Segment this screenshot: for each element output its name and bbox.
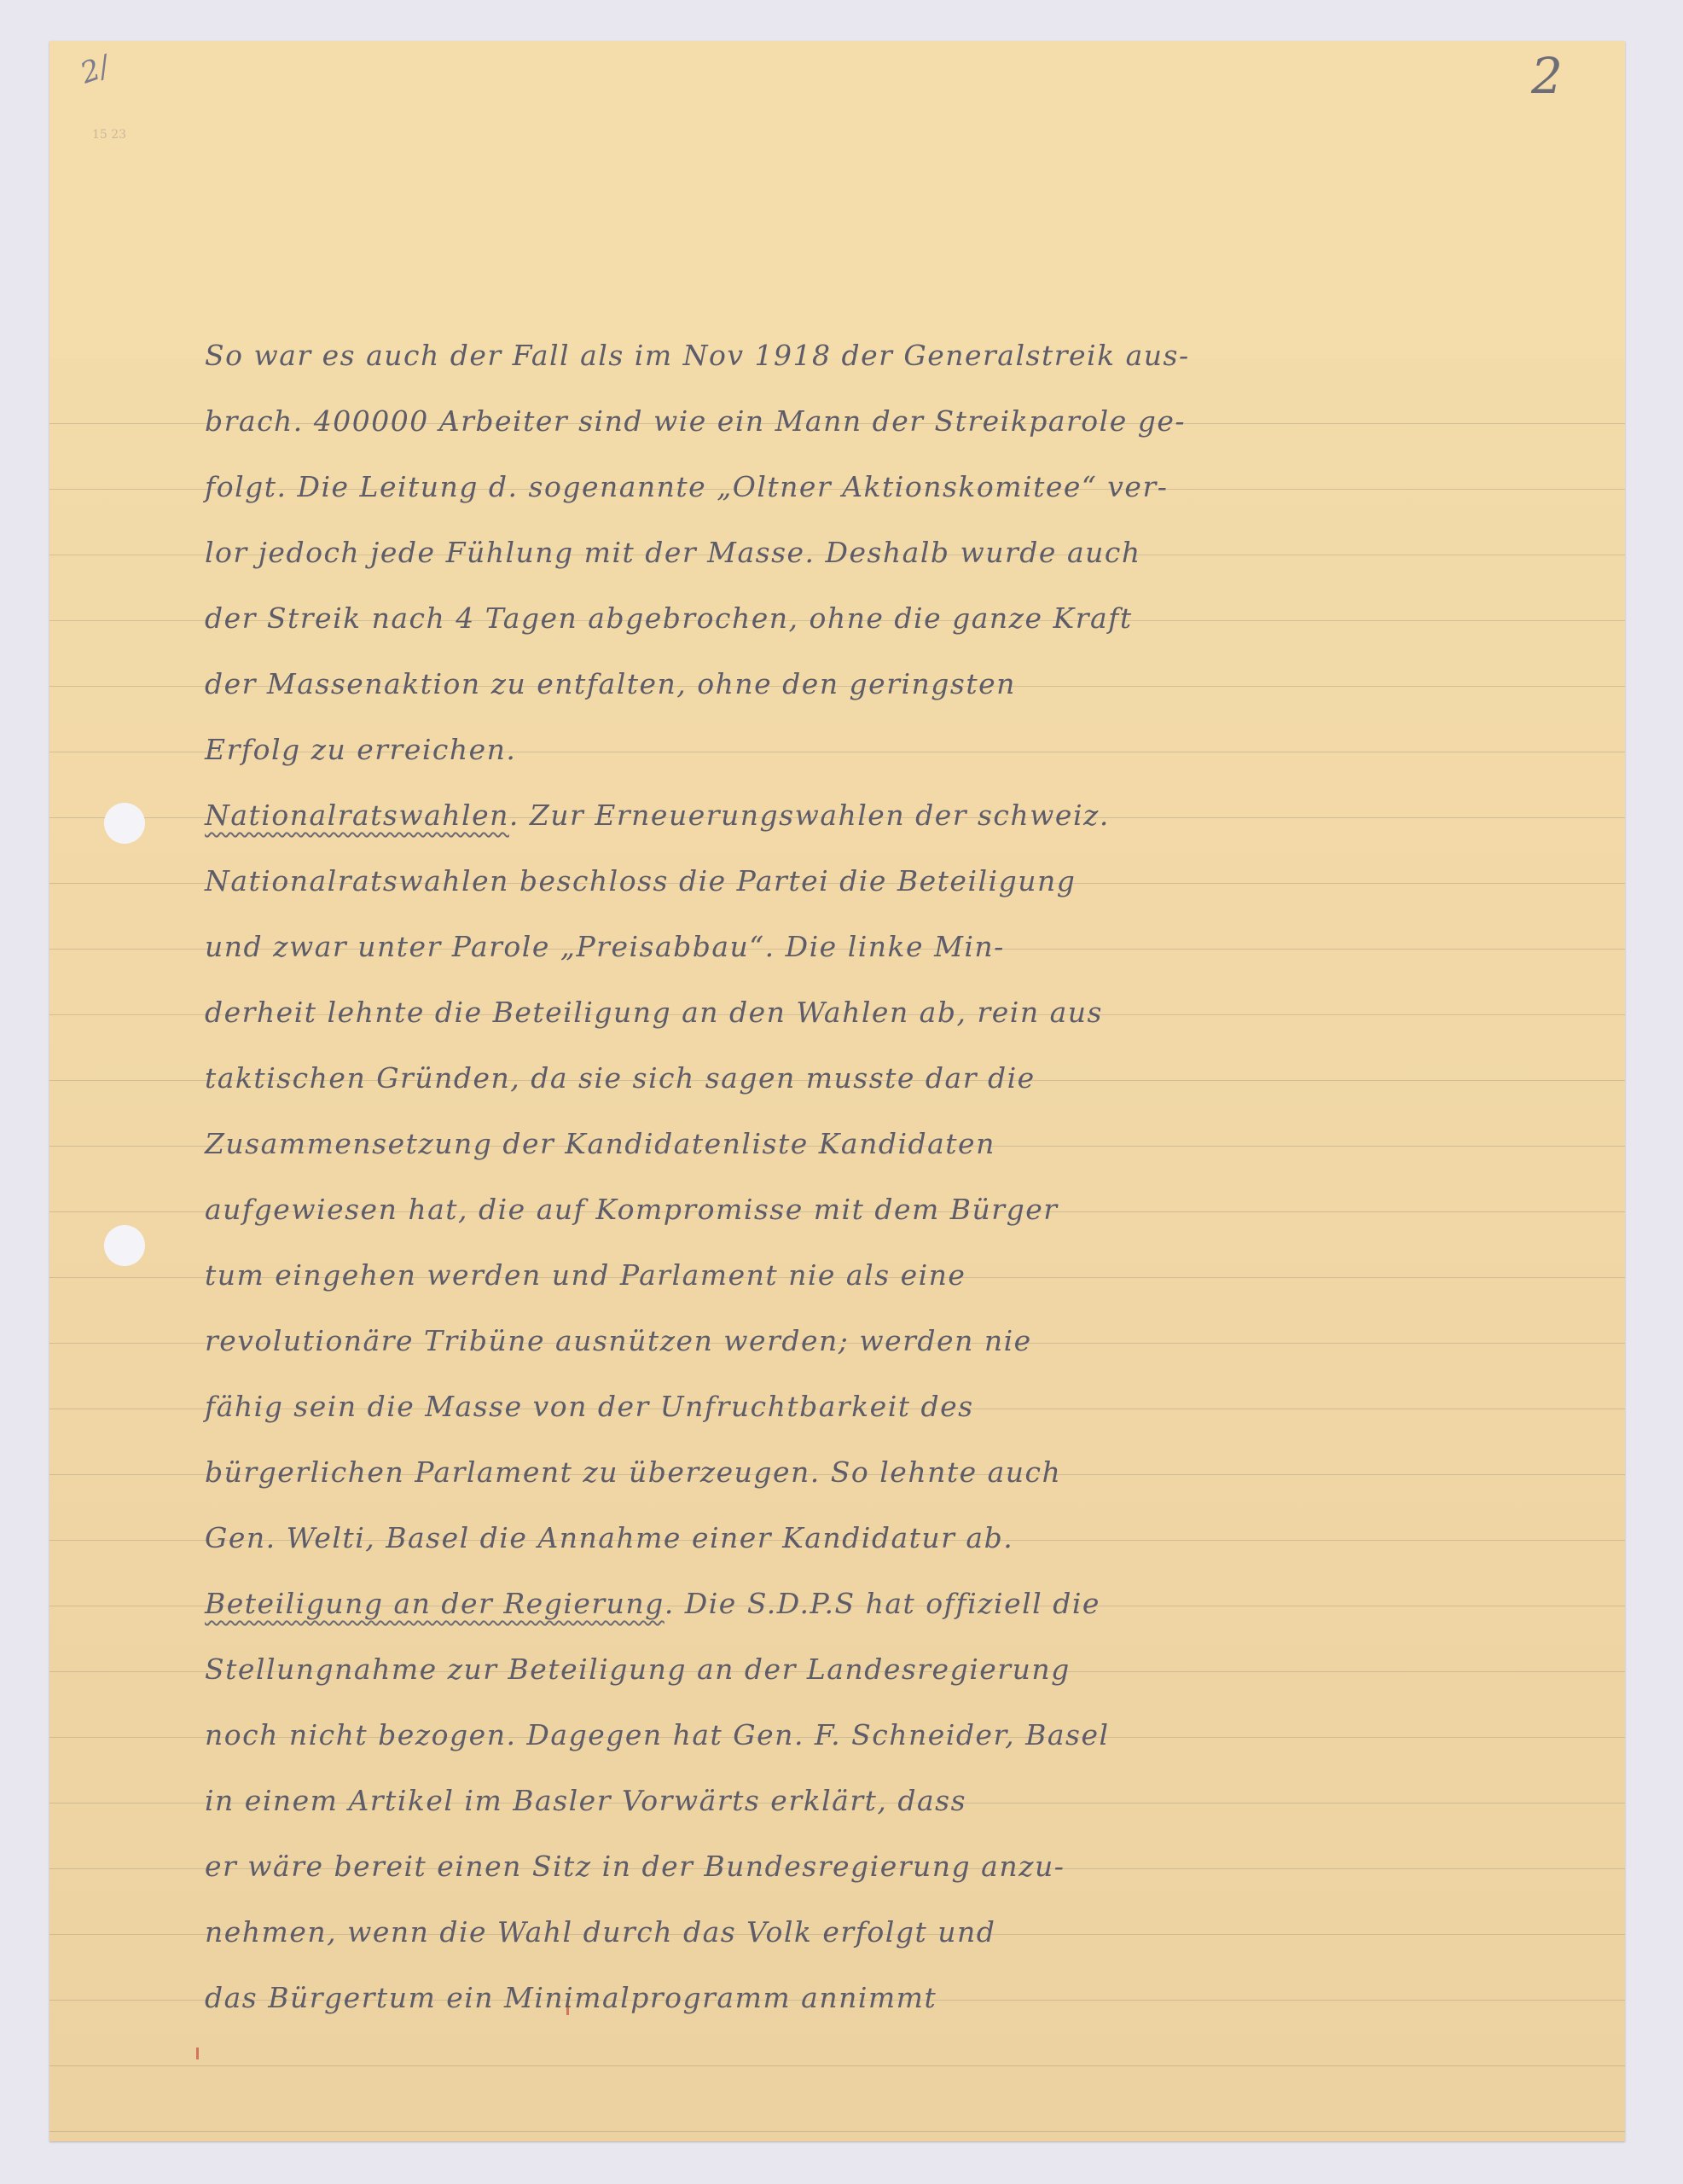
- red-ink-speck: [196, 2047, 199, 2059]
- text-line: das Bürgertum ein Minimalprogramm annimm…: [205, 1965, 1621, 2030]
- line-text: derheit lehnte die Beteiligung an den Wa…: [205, 996, 1103, 1029]
- line-text: taktischen Gründen, da sie sich sagen mu…: [205, 1061, 1036, 1095]
- text-line: noch nicht bezogen. Dagegen hat Gen. F. …: [205, 1702, 1621, 1768]
- line-text: und zwar unter Parole „Preisabbau“. Die …: [205, 930, 1005, 963]
- text-line: Nationalratswahlen beschloss die Partei …: [205, 848, 1621, 914]
- line-text: bürgerlichen Parlament zu überzeugen. So…: [205, 1455, 1061, 1489]
- punch-hole-bottom: [104, 1225, 145, 1266]
- text-line: nehmen, wenn die Wahl durch das Volk erf…: [205, 1899, 1621, 1965]
- text-line: Beteiligung an der Regierung. Die S.D.P.…: [205, 1571, 1621, 1636]
- line-text: Stellungnahme zur Beteiligung an der Lan…: [205, 1653, 1071, 1686]
- paper-top-margin: [49, 41, 1625, 358]
- text-line: folgt. Die Leitung d. sogenannte „Oltner…: [205, 454, 1621, 520]
- text-line: derheit lehnte die Beteiligung an den Wa…: [205, 979, 1621, 1045]
- handwritten-text-body: So war es auch der Fall als im Nov 1918 …: [205, 322, 1621, 2030]
- line-text: Gen. Welti, Basel die Annahme einer Kand…: [205, 1521, 1013, 1554]
- line-text: er wäre bereit einen Sitz in der Bundesr…: [205, 1850, 1065, 1883]
- text-line: er wäre bereit einen Sitz in der Bundesr…: [205, 1833, 1621, 1899]
- line-text: fähig sein die Masse von der Unfruchtbar…: [205, 1390, 974, 1423]
- text-line: Erfolg zu erreichen.: [205, 717, 1621, 782]
- text-line: revolutionäre Tribüne ausnützen werden; …: [205, 1308, 1621, 1374]
- line-text: folgt. Die Leitung d. sogenannte „Oltner…: [205, 470, 1168, 503]
- text-line: Nationalratswahlen. Zur Erneuerungswahle…: [205, 782, 1621, 848]
- text-line: lor jedoch jede Fühlung mit der Masse. D…: [205, 520, 1621, 585]
- text-line: fähig sein die Masse von der Unfruchtbar…: [205, 1374, 1621, 1439]
- section-heading: Beteiligung an der Regierung: [205, 1587, 664, 1620]
- line-text: brach. 400000 Arbeiter sind wie ein Mann…: [205, 404, 1186, 438]
- line-text: . Die S.D.P.S hat offiziell die: [664, 1587, 1100, 1620]
- text-line: der Streik nach 4 Tagen abgebrochen, ohn…: [205, 585, 1621, 651]
- text-line: tum eingehen werden und Parlament nie al…: [205, 1242, 1621, 1308]
- line-text: Zusammensetzung der Kandidatenliste Kand…: [205, 1127, 995, 1160]
- line-text: nehmen, wenn die Wahl durch das Volk erf…: [205, 1915, 995, 1949]
- text-line: Stellungnahme zur Beteiligung an der Lan…: [205, 1636, 1621, 1702]
- text-line: So war es auch der Fall als im Nov 1918 …: [205, 322, 1621, 388]
- line-text: Nationalratswahlen beschloss die Partei …: [205, 864, 1076, 897]
- line-text: der Streik nach 4 Tagen abgebrochen, ohn…: [205, 601, 1133, 635]
- section-heading: Nationalratswahlen: [205, 799, 509, 832]
- text-line: Gen. Welti, Basel die Annahme einer Kand…: [205, 1505, 1621, 1571]
- punch-hole-top: [104, 803, 145, 844]
- text-line: Zusammensetzung der Kandidatenliste Kand…: [205, 1111, 1621, 1176]
- text-line: in einem Artikel im Basler Vorwärts erkl…: [205, 1768, 1621, 1833]
- line-text: in einem Artikel im Basler Vorwärts erkl…: [205, 1784, 966, 1817]
- line-text: revolutionäre Tribüne ausnützen werden; …: [205, 1324, 1032, 1357]
- line-text: noch nicht bezogen. Dagegen hat Gen. F. …: [205, 1718, 1110, 1751]
- line-text: der Massenaktion zu entfalten, ohne den …: [205, 667, 1016, 700]
- line-text: Erfolg zu erreichen.: [205, 733, 516, 766]
- line-text: das Bürgertum ein Minimalprogramm annimm…: [205, 1981, 937, 2014]
- line-text: lor jedoch jede Fühlung mit der Masse. D…: [205, 536, 1141, 569]
- text-line: aufgewiesen hat, die auf Kompromisse mit…: [205, 1176, 1621, 1242]
- archive-stamp: 15 23: [92, 128, 126, 142]
- line-text: So war es auch der Fall als im Nov 1918 …: [205, 339, 1190, 372]
- text-line: bürgerlichen Parlament zu überzeugen. So…: [205, 1439, 1621, 1505]
- text-line: taktischen Gründen, da sie sich sagen mu…: [205, 1045, 1621, 1111]
- line-text: tum eingehen werden und Parlament nie al…: [205, 1258, 966, 1292]
- line-text: . Zur Erneuerungswahlen der schweiz.: [509, 799, 1110, 832]
- text-line: der Massenaktion zu entfalten, ohne den …: [205, 651, 1621, 717]
- text-line: und zwar unter Parole „Preisabbau“. Die …: [205, 914, 1621, 979]
- text-line: brach. 400000 Arbeiter sind wie ein Mann…: [205, 388, 1621, 454]
- line-text: aufgewiesen hat, die auf Kompromisse mit…: [205, 1193, 1059, 1226]
- page-number: 2: [1531, 47, 1563, 105]
